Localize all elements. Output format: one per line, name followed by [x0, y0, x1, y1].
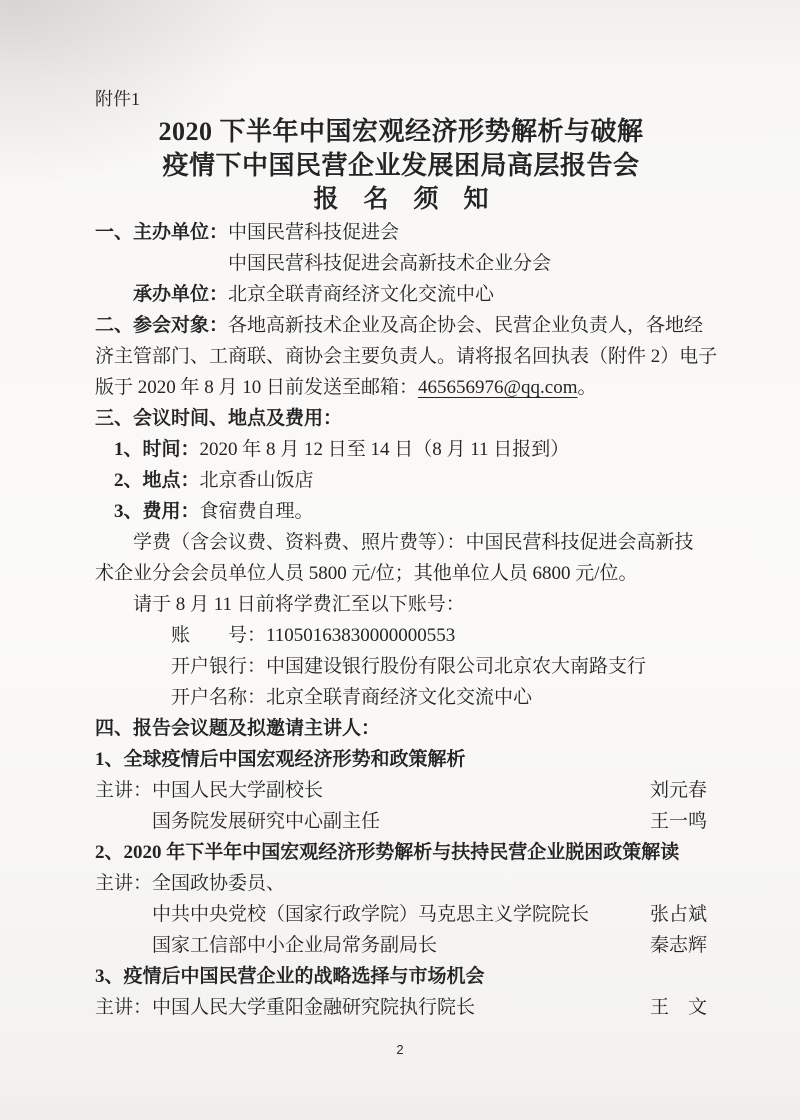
account-holder-line: 开户名称：北京全联青商经济文化交流中心: [95, 682, 707, 713]
account-number-label: 账 号：: [171, 625, 266, 646]
agenda-topic2-speaker-intro: 主讲：全国政协委员、: [95, 868, 707, 899]
registration-email: 465656976@qq.com: [418, 377, 577, 398]
account-holder-value: 北京全联青商经济文化交流中心: [266, 687, 532, 708]
meeting-venue-line: 2、地点：北京香山饭店: [95, 465, 707, 496]
attendees-label: 二、参会对象：: [95, 315, 228, 336]
meeting-venue-value: 北京香山饭店: [200, 470, 314, 491]
meeting-time-label: 1、时间：: [114, 439, 200, 460]
meeting-fee-line: 3、费用：食宿费自理。: [95, 496, 707, 527]
agenda-topic2-speaker1: 中共中央党校（国家行政学院）马克思主义学院院长张占斌: [95, 899, 707, 930]
document-title-line2: 疫情下中国民营企业发展困局高层报告会: [95, 149, 707, 183]
remit-note-line: 请于 8 月 11 日前将学费汇至以下账号：: [95, 589, 707, 620]
speaker-role: 国务院发展研究中心副主任: [152, 806, 380, 837]
host-organizer-label: 一、主办单位：: [95, 222, 228, 243]
speaker-name: 刘元春: [650, 775, 707, 806]
meeting-time-value: 2020 年 8 月 12 日至 14 日（8 月 11 日报到）: [200, 439, 570, 460]
document-title-line1: 2020 下半年中国宏观经济形势解析与破解: [95, 115, 707, 149]
account-number-line: 账 号：11050163830000000553: [95, 620, 707, 651]
meeting-venue-label: 2、地点：: [114, 470, 200, 491]
co-organizer-label: 承办单位：: [133, 284, 228, 305]
document-content: 附件1 2020 下半年中国宏观经济形势解析与破解 疫情下中国民营企业发展困局高…: [95, 84, 707, 1023]
attachment-label: 附件1: [95, 84, 707, 115]
speaker-name: 张占斌: [650, 899, 707, 930]
attendees-line2: 济主管部门、工商联、商协会主要负责人。请将报名回执表（附件 2）电子: [95, 341, 707, 372]
document-page: 附件1 2020 下半年中国宏观经济形势解析与破解 疫情下中国民营企业发展困局高…: [0, 0, 800, 1120]
bank-value: 中国建设银行股份有限公司北京农大南路支行: [266, 656, 646, 677]
meeting-fee-value: 食宿费自理。: [200, 501, 314, 522]
attendees-line3: 版于 2020 年 8 月 10 日前发送至邮箱：465656976@qq.co…: [95, 372, 707, 403]
tuition-line1: 学费（含会议费、资料费、照片费等）：中国民营科技促进会高新技: [95, 527, 707, 558]
agenda-topic1-title: 1、全球疫情后中国宏观经济形势和政策解析: [95, 744, 707, 775]
speaker-role: 主讲：中国人民大学副校长: [95, 775, 323, 806]
attendees-text3-suffix: 。: [577, 377, 596, 398]
agenda-topic2-speaker2: 国家工信部中小企业局常务副局长秦志辉: [95, 930, 707, 961]
meeting-fee-label: 3、费用：: [114, 501, 200, 522]
host-organizer-line: 一、主办单位：中国民营科技促进会: [95, 217, 707, 248]
tuition-line2: 术企业分会会员单位人员 5800 元/位；其他单位人员 6800 元/位。: [95, 558, 707, 589]
document-subtitle: 报 名 须 知: [95, 183, 707, 217]
attendees-text3: 版于 2020 年 8 月 10 日前发送至邮箱：: [95, 377, 418, 398]
agenda-topic2-title: 2、2020 年下半年中国宏观经济形势解析与扶持民营企业脱困政策解读: [95, 837, 707, 868]
agenda-topic3-title: 3、疫情后中国民营企业的战略选择与市场机会: [95, 961, 707, 992]
speaker-role: 主讲：中国人民大学重阳金融研究院执行院长: [95, 992, 475, 1023]
account-number-value: 11050163830000000553: [266, 625, 455, 646]
speaker-name: 王一鸣: [650, 806, 707, 837]
agenda-section-heading: 四、报告会议题及拟邀请主讲人：: [95, 713, 707, 744]
speaker-name: 秦志辉: [650, 930, 707, 961]
attendees-line1: 二、参会对象：各地高新技术企业及高企协会、民营企业负责人，各地经: [95, 310, 707, 341]
speaker-role: 中共中央党校（国家行政学院）马克思主义学院院长: [152, 899, 589, 930]
meeting-section-label: 三、会议时间、地点及费用：: [95, 408, 342, 429]
speaker-role: 国家工信部中小企业局常务副局长: [152, 930, 437, 961]
host-organizer-value2: 中国民营科技促进会高新技术企业分会: [228, 253, 551, 274]
speaker-name: 王 文: [650, 992, 707, 1023]
agenda-topic3-speaker1: 主讲：中国人民大学重阳金融研究院执行院长王 文: [95, 992, 707, 1023]
page-number: 2: [0, 1042, 800, 1057]
co-organizer-value: 北京全联青商经济文化交流中心: [228, 284, 494, 305]
attendees-text1: 各地高新技术企业及高企协会、民营企业负责人，各地经: [228, 315, 703, 336]
meeting-section-heading: 三、会议时间、地点及费用：: [95, 403, 707, 434]
co-organizer-line: 承办单位：北京全联青商经济文化交流中心: [95, 279, 707, 310]
bank-line: 开户银行：中国建设银行股份有限公司北京农大南路支行: [95, 651, 707, 682]
host-organizer-value: 中国民营科技促进会: [228, 222, 399, 243]
bank-label: 开户银行：: [171, 656, 266, 677]
meeting-time-line: 1、时间：2020 年 8 月 12 日至 14 日（8 月 11 日报到）: [95, 434, 707, 465]
agenda-topic1-speaker2: 国务院发展研究中心副主任王一鸣: [95, 806, 707, 837]
agenda-section-label: 四、报告会议题及拟邀请主讲人：: [95, 718, 380, 739]
host-organizer-line2: 中国民营科技促进会高新技术企业分会: [95, 248, 707, 279]
account-holder-label: 开户名称：: [171, 687, 266, 708]
agenda-topic1-speaker1: 主讲：中国人民大学副校长刘元春: [95, 775, 707, 806]
